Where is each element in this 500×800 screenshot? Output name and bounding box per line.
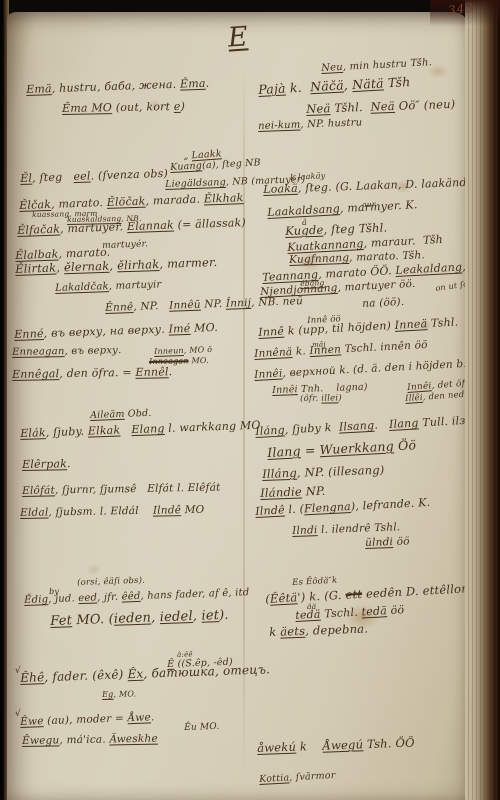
handwritten-line: Eldal, ſjubsm. l. Eldál Ilndê MO: [20, 505, 205, 519]
text-run: ett: [345, 587, 362, 602]
text-run: Êu MO.: [184, 722, 220, 733]
text-run: , den öfra. =: [59, 366, 135, 380]
headword: Ěma: [180, 77, 206, 91]
headword: äets: [280, 624, 305, 639]
handwritten-line: Kottia, ſvärmor: [259, 771, 336, 784]
headword: Liegäldsang: [165, 177, 226, 190]
text-run: , верхной k. (d. ä. den i höjden b.: [282, 358, 467, 380]
text-run: , въ верху.: [64, 345, 121, 357]
handwritten-line: na (öö).: [362, 297, 405, 310]
headword: Neu: [321, 62, 343, 74]
headword: Inneä: [394, 317, 427, 332]
headword: Innênä: [254, 346, 293, 360]
headword: Illêi: [405, 393, 423, 404]
handwritten-line: Neä Tšhl. Neä Oö″ (neu): [306, 99, 456, 116]
headword: ělirhak: [117, 257, 160, 272]
handwritten-line: Kugde, ſteg Tšhl.: [285, 222, 388, 237]
headword: Êwe: [20, 715, 44, 728]
headword: êêd: [122, 591, 141, 603]
text-run: , marmer.: [159, 255, 217, 271]
headword: Nätä: [352, 75, 384, 92]
handwritten-line: Innênä k. Innen Tschl. innên öö: [254, 340, 428, 360]
headword: Kottia: [259, 772, 290, 785]
text-run: Tshl.: [427, 316, 459, 331]
handwritten-line: ülndi öö: [365, 536, 410, 548]
headword: Kuang: [170, 160, 202, 173]
text-run: , ſjubsm. l. Eldál: [48, 505, 153, 519]
headword: Inneun: [154, 346, 184, 356]
text-run: NP.: [302, 484, 326, 499]
text-run: , MO.: [113, 689, 136, 698]
headword: Ělfačak: [17, 223, 60, 237]
handwritten-line: Aileäm Obd.: [90, 409, 152, 421]
text-run: ): [180, 100, 185, 113]
headword: ělernak: [64, 259, 110, 275]
handwritten-line: Ělfačak, martuyer. Ělannak (= ällassak): [17, 217, 246, 236]
text-run: , NP. hustru: [300, 117, 362, 130]
handwritten-line: Elôfát, ſjurnr, ſjumsê Elfát l. Elêfát: [22, 483, 221, 497]
headword: Êwegu: [22, 734, 60, 747]
handwritten-line: Kuang(a), ſteg NB: [170, 158, 261, 172]
text-run: , martuyer.: [60, 220, 127, 235]
headword: eel: [73, 170, 91, 184]
text-run: Tschl. innên öö: [341, 339, 428, 356]
headword: Innêi: [272, 384, 298, 396]
headword: Êx: [127, 667, 143, 682]
handwritten-line: Ilndi l. ilendrê Tshl.: [292, 522, 401, 536]
text-run: (= ällassak): [174, 216, 246, 232]
headword: ülndi: [365, 536, 393, 549]
headword: iedel: [160, 609, 194, 625]
headword: Näčä: [310, 78, 344, 95]
headword: Elôfát: [22, 484, 55, 497]
headword: Innê: [258, 325, 284, 339]
text-run: , martuyer öö.: [337, 278, 416, 294]
text-run: eedên D. ettêllong,: [362, 581, 481, 601]
text-run: , min hustru Tšh.: [343, 57, 433, 73]
text-run: Tschl.: [320, 606, 362, 621]
headword: Innêū: [169, 299, 201, 312]
text-run: . (ſvenza obs): [90, 167, 168, 183]
handwritten-line: Eg, MO.: [102, 690, 136, 699]
headword: Enné: [14, 327, 44, 341]
headword: Ilsang: [339, 419, 375, 434]
text-run: Öö: [393, 437, 416, 453]
text-run: Tšh: [383, 74, 410, 90]
book-fore-edge: [465, 0, 500, 800]
text-run: (out, kort: [112, 100, 174, 114]
headword: Innêi: [407, 381, 432, 393]
text-run: , ſjurnr, ſjumsê Elfát l. Elêfát: [55, 482, 221, 497]
handwritten-line: Êwe (au), moder = Åwe.: [20, 712, 155, 727]
headword: Ennêl: [135, 365, 168, 379]
text-run: , jfr.: [97, 592, 122, 604]
handwritten-line: Es Êôdä″k: [292, 577, 338, 588]
headword: Êêtä: [270, 590, 298, 605]
text-run: , NP. (illesang): [297, 463, 385, 480]
headword: Illáng: [262, 466, 297, 481]
headword: Ělannak: [127, 219, 174, 234]
page-number: 343: [447, 1, 474, 18]
headword: Neä: [370, 99, 395, 114]
headword: Înnij: [226, 297, 252, 310]
headword: Kugfnnang: [289, 252, 349, 266]
headword: tedä: [361, 604, 387, 618]
text-run: =: [300, 442, 320, 458]
text-run: (au), moder =: [43, 712, 127, 727]
text-run: (öfr.: [300, 394, 321, 404]
text-run: l. (: [284, 502, 304, 516]
foxing-spot: [87, 564, 101, 575]
text-run: ): [338, 393, 342, 403]
headword: Ělkhak: [204, 191, 244, 205]
handwritten-line: (öfr. illei): [300, 394, 342, 403]
text-run: .: [374, 418, 389, 432]
text-run: ).: [219, 608, 229, 623]
headword: Ilang: [267, 443, 301, 460]
headword: Wuerkkang: [319, 438, 394, 457]
text-run: Obd.: [124, 408, 151, 420]
headword: Lakaldčak: [55, 281, 109, 294]
headword: Elang: [131, 422, 165, 436]
text-run: , má'ica.: [59, 733, 109, 746]
headword: Fet: [50, 613, 72, 629]
text-run: , hans fader, af ê, itd: [140, 587, 249, 602]
text-run: , martuyir: [109, 279, 162, 292]
headword: åwekú: [257, 740, 296, 755]
headword: Ênnê: [105, 301, 134, 314]
headword: Aileäm: [90, 409, 125, 421]
headword: Eg: [102, 690, 114, 699]
text-run: , ſvärmor: [289, 770, 336, 783]
headword: Emä: [26, 82, 52, 96]
text-run: öö: [387, 603, 405, 617]
text-run: , marato. Tšh.: [349, 249, 425, 264]
handwritten-line: nei-kum, NP. hustru: [258, 118, 362, 132]
text-run: , NB. neū: [251, 295, 303, 309]
headword: Imé: [168, 322, 190, 336]
text-run: NP.: [201, 298, 227, 311]
text-run: , MO ö: [184, 345, 213, 355]
handwritten-line: Inneun, MO ö: [154, 346, 212, 356]
headword: illei: [321, 393, 338, 403]
handwritten-line: Ilang = Wuerkkang Öö: [267, 439, 417, 459]
text-run: , fader. (êxê): [44, 667, 128, 684]
manuscript-page: Neu, min hustru Tšh.Emä, hustru, баба, ж…: [7, 12, 466, 800]
text-run: MO. (: [72, 612, 114, 628]
headword: Ilndi: [292, 524, 318, 537]
handwritten-line: Elêrpak.: [22, 458, 71, 470]
headword: Neä: [306, 101, 331, 116]
text-run: .: [169, 365, 173, 378]
headword: Kugde: [285, 223, 324, 238]
text-run: MO: [181, 504, 205, 516]
handwritten-line: Êu MO.: [184, 723, 220, 733]
handwritten-line: Pajà k. Näčä, Nätä Tšh: [258, 76, 411, 96]
handwritten-line: Ênnê, NP. Innêū NP. Înnij, NB. neū: [105, 296, 303, 313]
headword: Pajà: [258, 81, 286, 97]
headword: eed: [78, 592, 97, 604]
text-run: MO.: [190, 321, 218, 335]
headword: Eldal: [20, 507, 49, 519]
text-run: ') k. (G.: [297, 588, 346, 605]
text-run: k.: [285, 79, 310, 95]
headword: Ědig: [24, 594, 48, 606]
headword: Leakaldang: [395, 261, 462, 277]
headword: Iláng: [255, 423, 285, 438]
handwritten-line: Iláng, ſjuby k Ilsang. Ilang Tull. ilзán…: [255, 414, 487, 437]
headword: Êhê: [20, 670, 45, 685]
headword: Laakaldsang: [267, 202, 340, 219]
handwritten-line: Enné, въ верху, на верху. Imé MO.: [14, 322, 218, 340]
text-run: (orsi, êäſi obs).: [77, 576, 145, 588]
text-run: .: [205, 77, 209, 90]
headword: Elkak: [88, 424, 121, 438]
handwritten-line: Emä, hustru, баба, жена. Ěma.: [26, 78, 210, 95]
headword: Ilndê: [255, 503, 285, 518]
handwritten-line: Laakaldsang, marmyer. K.: [267, 199, 418, 218]
handwritten-line: Ěma MO (out, kort e): [62, 101, 185, 114]
headword: Enneagan: [12, 346, 65, 358]
handwritten-line: (orsi, êäſi obs).: [77, 577, 145, 588]
headword: Innêi: [254, 368, 283, 381]
headword: Elêrpak: [22, 457, 67, 471]
text-run: , ſteg Tšhl.: [323, 220, 387, 236]
text-run: na (öö).: [362, 296, 405, 310]
text-run: , marmyer. K.: [340, 198, 418, 215]
text-run: l. ilendrê Tshl.: [317, 521, 400, 536]
text-run: , въ верху, на верху.: [43, 323, 168, 340]
handwritten-line: Êhê, fader. (êxê) Êx, батюшка, отецъ.: [20, 663, 270, 684]
handwritten-line: Fet MO. (ieden, iedel, iet).: [50, 609, 229, 628]
text-run: k.: [292, 345, 310, 358]
headword: iet: [201, 608, 219, 624]
text-run: Tsh. ÖÖ: [363, 735, 415, 751]
handwritten-line: Ělčak, marato. Ělöčak, marada. Ělkhak: [19, 192, 244, 211]
text-run: , ſjuby k: [284, 421, 339, 437]
headword: ieden: [114, 610, 152, 626]
handwritten-line: Enneagan, въ верху.: [12, 346, 122, 358]
text-run: Oö″ (neu): [395, 97, 456, 113]
handwritten-line: Illáng, NP. (illesang): [262, 465, 385, 481]
headword: tedä: [295, 608, 321, 622]
text-run: , ſjuby.: [46, 425, 89, 439]
text-run: k: [296, 739, 323, 754]
headword: Åwegú: [322, 737, 363, 752]
headword: Ěma MO: [62, 101, 112, 115]
handwritten-line: Innê k (upp, til höjden) Inneä Tshl.: [258, 317, 459, 338]
handwritten-line: Ilndê l. (Flengna), lefrande. K.: [255, 497, 431, 517]
headword: Ilang: [389, 416, 419, 431]
text-run: Tšhl.: [330, 100, 371, 115]
text-run: (a), ſteg NB: [202, 157, 261, 171]
text-run: , marada.: [145, 193, 204, 208]
handwritten-line: Lakaldčak, martuyir: [55, 280, 162, 294]
headword: Ěl: [20, 172, 32, 185]
text-run: , батюшка, отецъ.: [143, 662, 270, 680]
text-run: , hustru, баба, жена.: [52, 78, 181, 95]
text-run: k (upp, til höjden): [284, 319, 395, 338]
manuscript-scan-root: Neu, min hustru Tšh.Emä, hustru, баба, ж…: [0, 0, 500, 800]
handwritten-line: Innêi, верхной k. (d. ä. den i höjden b.: [254, 359, 467, 381]
text-run: ), lefrande. K.: [350, 496, 430, 513]
text-run: , jud.: [48, 593, 78, 605]
handwritten-line: Ennêgal, den öfra. = Ennêl.: [12, 366, 172, 380]
handwritten-line: k äets, depebna.: [269, 624, 368, 639]
headword: Ilándie: [260, 485, 302, 500]
handwritten-line: Elák, ſjuby. Elkak Elang l. warkkang MO: [20, 420, 261, 439]
text-run: l. warkkang MO: [164, 419, 260, 435]
handwritten-line: Êwegu, má'ica. Äweskhe: [22, 734, 158, 747]
text-run: k: [269, 625, 281, 639]
text-run: [120, 423, 132, 436]
text-run: MO.: [189, 356, 209, 365]
text-run: .: [67, 457, 71, 470]
handwritten-line: Neu, min hustru Tšh.: [321, 58, 432, 74]
headword: Ilndê: [153, 504, 181, 516]
headword: nei-kum: [258, 120, 301, 132]
text-run: , NP.: [133, 300, 169, 313]
handwritten-line: åwekú k Åwegú Tsh. ÖÖ: [257, 737, 415, 754]
handwritten-line: Ěl, ſteg eel. (ſvenza obs): [20, 168, 168, 184]
text-run: .: [151, 711, 155, 723]
text-run: Es Êôdä″k: [292, 576, 338, 588]
text-run: , depebna.: [305, 622, 368, 638]
headword: Ělirtak: [15, 261, 57, 276]
headword: Ělöčak: [107, 195, 146, 209]
text-run: öö: [393, 535, 410, 548]
headword: Åwe: [127, 711, 151, 724]
handwritten-line: Ilándie NP.: [260, 486, 326, 500]
headword: Ennêgal: [12, 367, 59, 381]
headword: Elák: [20, 426, 46, 440]
headword: Flengna: [304, 500, 351, 515]
text-run: , maraur. Tšh: [363, 233, 443, 250]
section-letter-heading: E: [227, 21, 249, 53]
headword: Loakä: [263, 182, 298, 196]
text-run: , ſteg: [32, 170, 74, 184]
headword: Innen: [309, 343, 341, 357]
headword: Äweskhe: [109, 733, 158, 746]
